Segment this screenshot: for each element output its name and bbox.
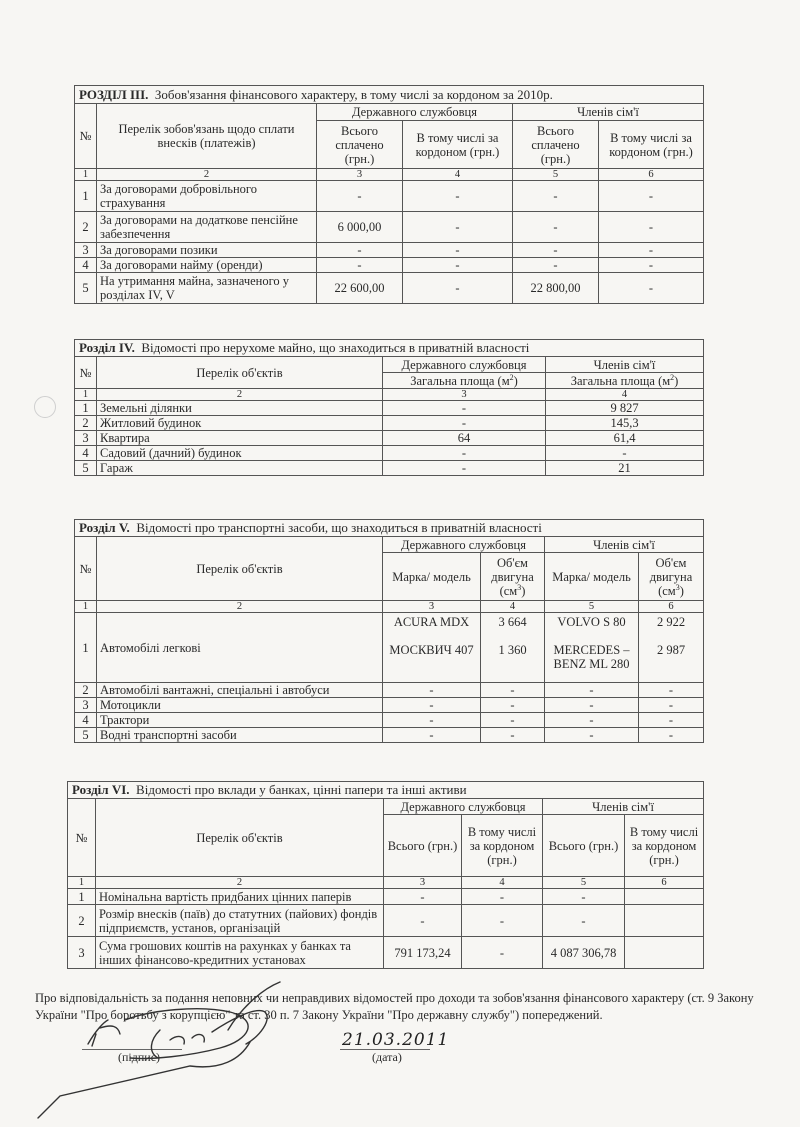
colnum: 4 — [462, 877, 543, 889]
colnum: 2 — [96, 877, 384, 889]
header-item: Перелік об'єктів — [97, 357, 383, 389]
header-family-total: Всього сплачено (грн.) — [513, 121, 599, 169]
table-row: 2 Розмір внесків (паїв) до статутних (па… — [68, 905, 704, 937]
header-official-abroad: В тому числі за кордоном (грн.) — [403, 121, 513, 169]
header-family-group: Членів сім'ї — [543, 799, 704, 815]
table-row: 4 За договорами найму (оренди) - - - - — [75, 258, 704, 273]
colnum: 2 — [97, 389, 383, 401]
header-official-engine: Об'єм двигуна (см3) — [481, 553, 545, 601]
engine-volume: 3 664 — [484, 615, 541, 629]
header-official-total: Всього сплачено (грн.) — [317, 121, 403, 169]
table-row: 2 Житловий будинок - 145,3 — [75, 416, 704, 431]
header-item: Перелік об'єктів — [96, 799, 384, 877]
declaration-page: РОЗДІЛ ІІІ. Зобов'язання фінансового хар… — [0, 0, 800, 1127]
header-no: № — [68, 799, 96, 877]
header-family-abroad: В тому числі за кордоном (грн.) — [625, 815, 704, 877]
colnum: 2 — [97, 601, 383, 613]
table-row: 1 Земельні ділянки - 9 827 — [75, 401, 704, 416]
car-model: ACURA MDX — [386, 615, 477, 629]
table-row: 3 Сума грошових коштів на рахунках у бан… — [68, 937, 704, 969]
header-official-group: Державного службовця — [384, 799, 543, 815]
header-family-group: Членів сім'ї — [546, 357, 704, 373]
header-family-area: Загальна площа (м2) — [546, 373, 704, 389]
table-row: 2 Автомобілі вантажні, спеціальні і авто… — [75, 683, 704, 698]
car-model: VOLVO S 80 — [548, 615, 635, 629]
colnum: 6 — [599, 169, 704, 181]
colnum: 5 — [543, 877, 625, 889]
table-row-cars: 1 Автомобілі легкові ACURA MDX МОСКВИЧ 4… — [75, 613, 704, 683]
header-official-area: Загальна площа (м2) — [383, 373, 546, 389]
header-item: Перелік зобов'язань щодо сплати внесків … — [97, 104, 317, 169]
signature-label: (підпис) — [118, 1050, 160, 1065]
date-label: (дата) — [372, 1050, 402, 1065]
section-6-table: Розділ VI. Відомості про вклади у банках… — [67, 781, 704, 969]
colnum: 1 — [75, 389, 97, 401]
header-family-engine: Об'єм двигуна (см3) — [639, 553, 704, 601]
table-row: 5 Водні транспортні засоби - - - - — [75, 728, 704, 743]
colnum: 5 — [545, 601, 639, 613]
colnum: 1 — [75, 601, 97, 613]
car-model: MERCEDES – BENZ ML 280 — [548, 643, 635, 671]
header-family-abroad: В тому числі за кордоном (грн.) — [599, 121, 704, 169]
table-row: 4 Садовий (дачний) будинок - - — [75, 446, 704, 461]
table-row: 1 За договорами добровільного страхуванн… — [75, 181, 704, 212]
header-family-total: Всього (грн.) — [543, 815, 625, 877]
header-family-group: Членів сім'ї — [545, 537, 704, 553]
section-5-title: Розділ V. Відомості про транспортні засо… — [75, 520, 704, 537]
colnum: 1 — [75, 169, 97, 181]
engine-volume: 2 922 — [642, 615, 700, 629]
section-4-table: Розділ IV. Відомості про нерухоме майно,… — [74, 339, 704, 476]
header-no: № — [75, 104, 97, 169]
header-no: № — [75, 357, 97, 389]
table-row: 3 Квартира 64 61,4 — [75, 431, 704, 446]
table-row: 3 Мотоцикли - - - - — [75, 698, 704, 713]
header-item: Перелік об'єктів — [97, 537, 383, 601]
section-6-title: Розділ VI. Відомості про вклади у банках… — [68, 782, 704, 799]
colnum: 4 — [403, 169, 513, 181]
car-model: МОСКВИЧ 407 — [386, 643, 477, 657]
section-3-table: РОЗДІЛ ІІІ. Зобов'язання фінансового хар… — [74, 85, 704, 304]
table-row: 2 За договорами на додаткове пенсійне за… — [75, 212, 704, 243]
header-official-total: Всього (грн.) — [384, 815, 462, 877]
colnum: 1 — [68, 877, 96, 889]
header-no: № — [75, 537, 97, 601]
header-family-group: Членів сім'ї — [513, 104, 704, 121]
section-5-table: Розділ V. Відомості про транспортні засо… — [74, 519, 704, 743]
table-row: 5 На утримання майна, зазначеного у розд… — [75, 273, 704, 304]
colnum: 6 — [625, 877, 704, 889]
header-official-group: Державного службовця — [317, 104, 513, 121]
colnum: 3 — [383, 601, 481, 613]
colnum: 5 — [513, 169, 599, 181]
table-row: 1 Номінальна вартість придбаних цінних п… — [68, 889, 704, 905]
header-official-group: Державного службовця — [383, 357, 546, 373]
colnum: 4 — [546, 389, 704, 401]
header-official-group: Державного службовця — [383, 537, 545, 553]
colnum: 4 — [481, 601, 545, 613]
engine-volume: 1 360 — [484, 643, 541, 657]
colnum: 3 — [383, 389, 546, 401]
colnum: 3 — [317, 169, 403, 181]
table-row: 4 Трактори - - - - — [75, 713, 704, 728]
header-official-abroad: В тому числі за кордоном (грн.) — [462, 815, 543, 877]
colnum: 6 — [639, 601, 704, 613]
table-row: 5 Гараж - 21 — [75, 461, 704, 476]
colnum: 3 — [384, 877, 462, 889]
table-row: 3 За договорами позики - - - - — [75, 243, 704, 258]
header-family-model: Марка/ модель — [545, 553, 639, 601]
colnum: 2 — [97, 169, 317, 181]
engine-volume: 2 987 — [642, 643, 700, 657]
punch-hole-mark — [34, 396, 56, 418]
section-3-title: РОЗДІЛ ІІІ. Зобов'язання фінансового хар… — [75, 86, 704, 104]
date-value: 21.03.2011 — [342, 1030, 449, 1050]
section-4-title: Розділ IV. Відомості про нерухоме майно,… — [75, 340, 704, 357]
responsibility-note: Про відповідальність за подання неповних… — [35, 990, 775, 1024]
header-official-model: Марка/ модель — [383, 553, 481, 601]
